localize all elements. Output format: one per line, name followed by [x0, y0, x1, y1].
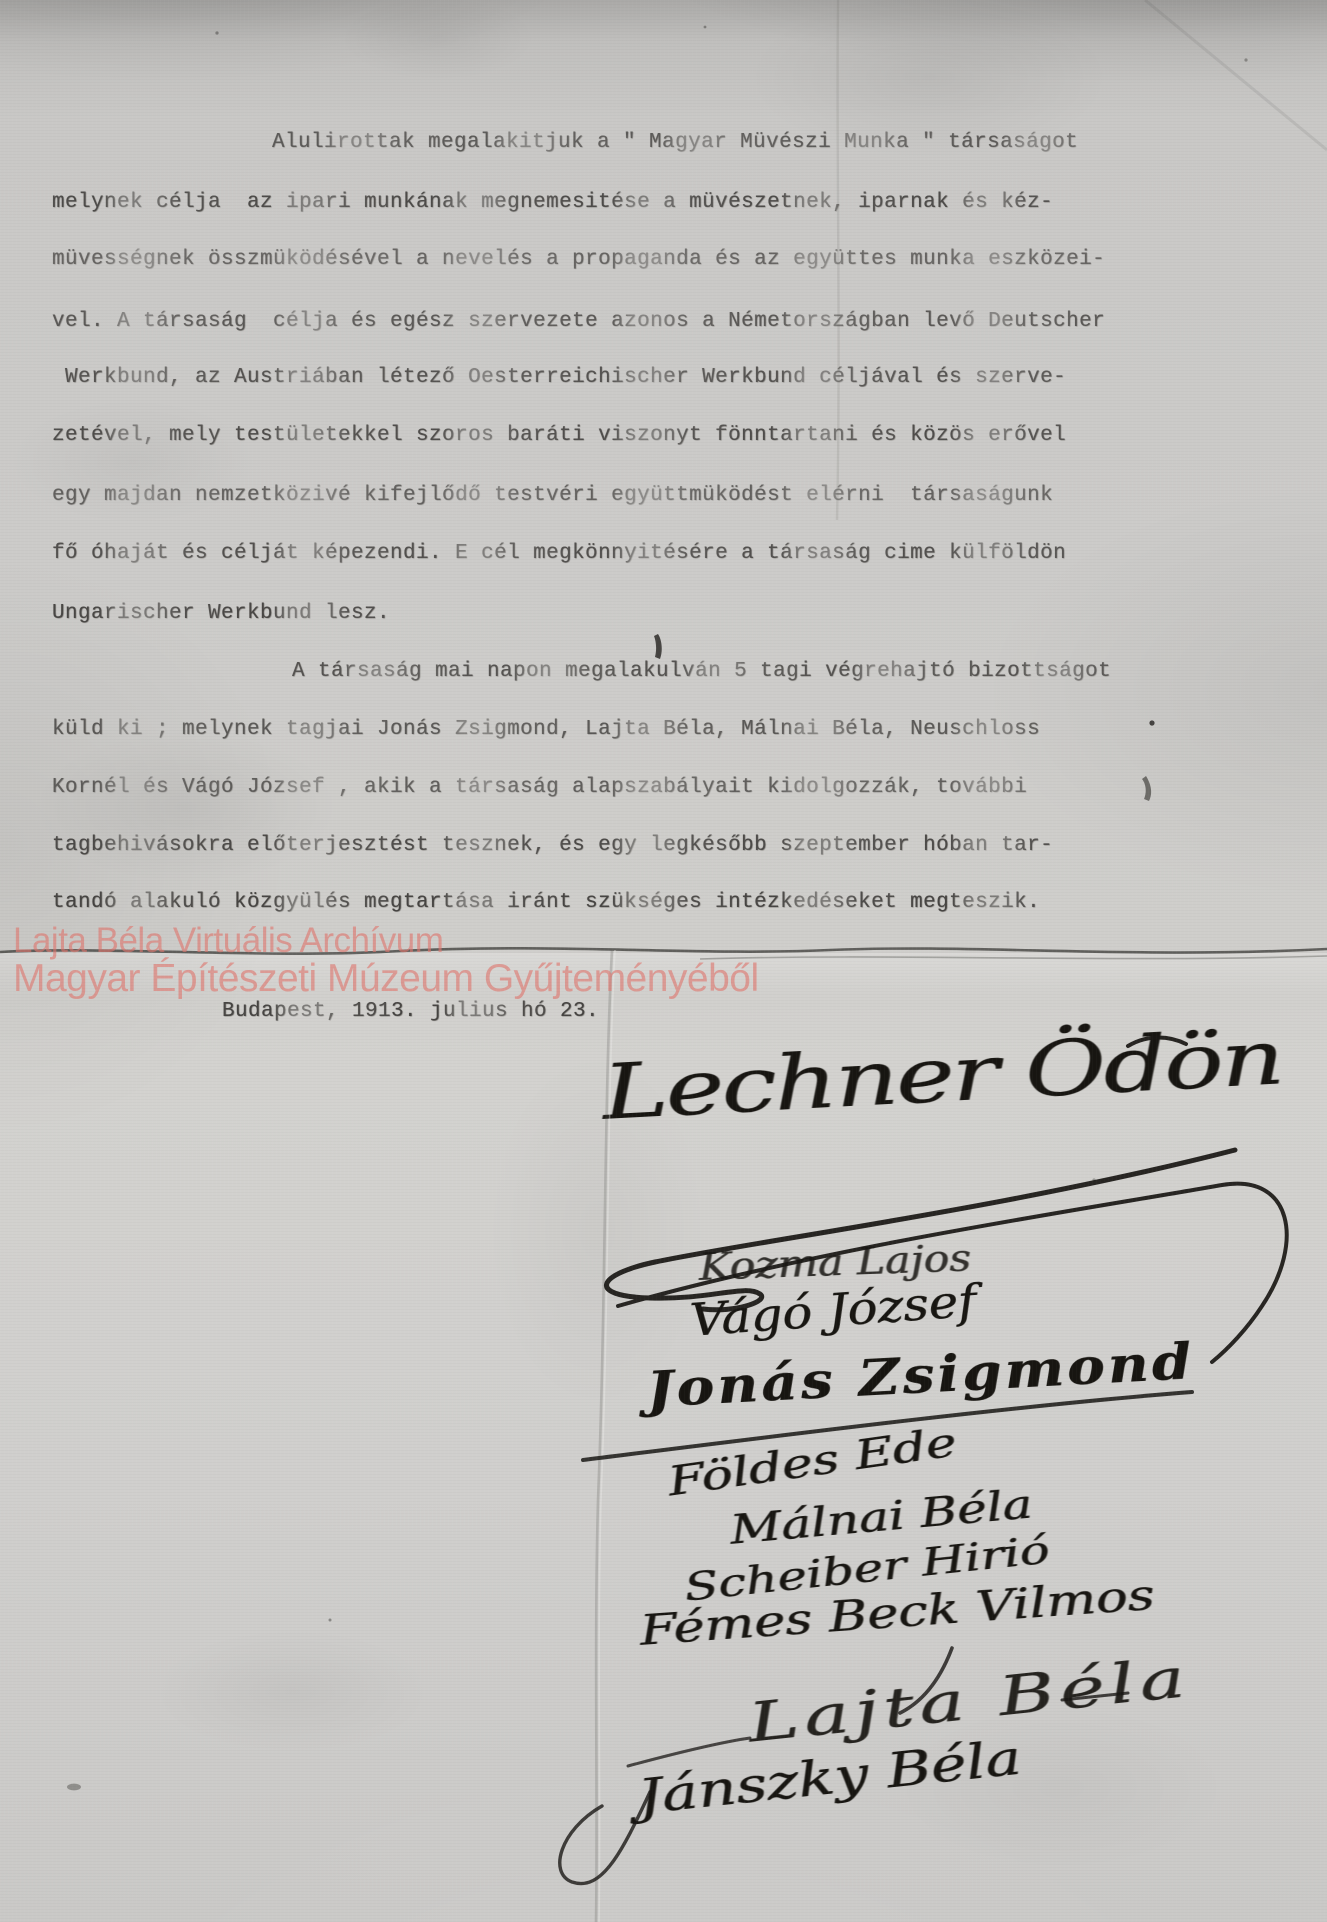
typed-line: müvességnek összmüködésével a nevelés a … — [52, 248, 1105, 272]
date-line: Budapest, 1913. julius hó 23. — [222, 1000, 599, 1024]
typed-line: Werkbund, az Austriában létező Oesterrei… — [52, 366, 1066, 390]
typed-line: zetével, mely testületekkel szoros barát… — [52, 424, 1066, 448]
typed-line: tagbehivásokra előterjesztést tesznek, é… — [52, 834, 1053, 858]
watermark-line-2: Magyar Építészeti Múzeum Gyűjteményéből — [13, 957, 759, 1001]
typed-line: A társaság mai napon megalakulván 5 tagi… — [292, 660, 1111, 684]
signature-jonas-zsigmond: Jonás Zsigmond — [645, 1331, 1196, 1419]
typed-line: Kornél és Vágó József , akik a társaság … — [52, 776, 1027, 800]
watermark-line-1: Lajta Béla Virtuális Archívum — [13, 921, 443, 961]
typed-line: vel. A társaság célja és egész szervezet… — [52, 310, 1105, 334]
typed-line: küld ki ; melynek tagjai Jonás Zsigmond,… — [52, 718, 1040, 742]
typed-line: melynek célja az ipari munkának megnemes… — [52, 191, 1053, 215]
signature-lechner-odon: Lechner Ödön — [600, 1012, 1284, 1136]
typed-line: Ungarischer Werkbund lesz. — [52, 602, 390, 626]
typed-line: Alulirottak megalakitjuk a " Magyar Müvé… — [272, 131, 1078, 155]
typed-line: fő óhaját és célját képezendi. E cél meg… — [52, 542, 1066, 566]
typed-line: egy majdan nemzetközivé kifejlődő testvé… — [52, 484, 1053, 508]
scanned-letter-page: Alulirottak megalakitjuk a " Magyar Müvé… — [0, 0, 1327, 1922]
typed-line: tandó alakuló közgyülés megtartása iránt… — [52, 891, 1040, 915]
janszky-descender-loop — [560, 1792, 650, 1884]
